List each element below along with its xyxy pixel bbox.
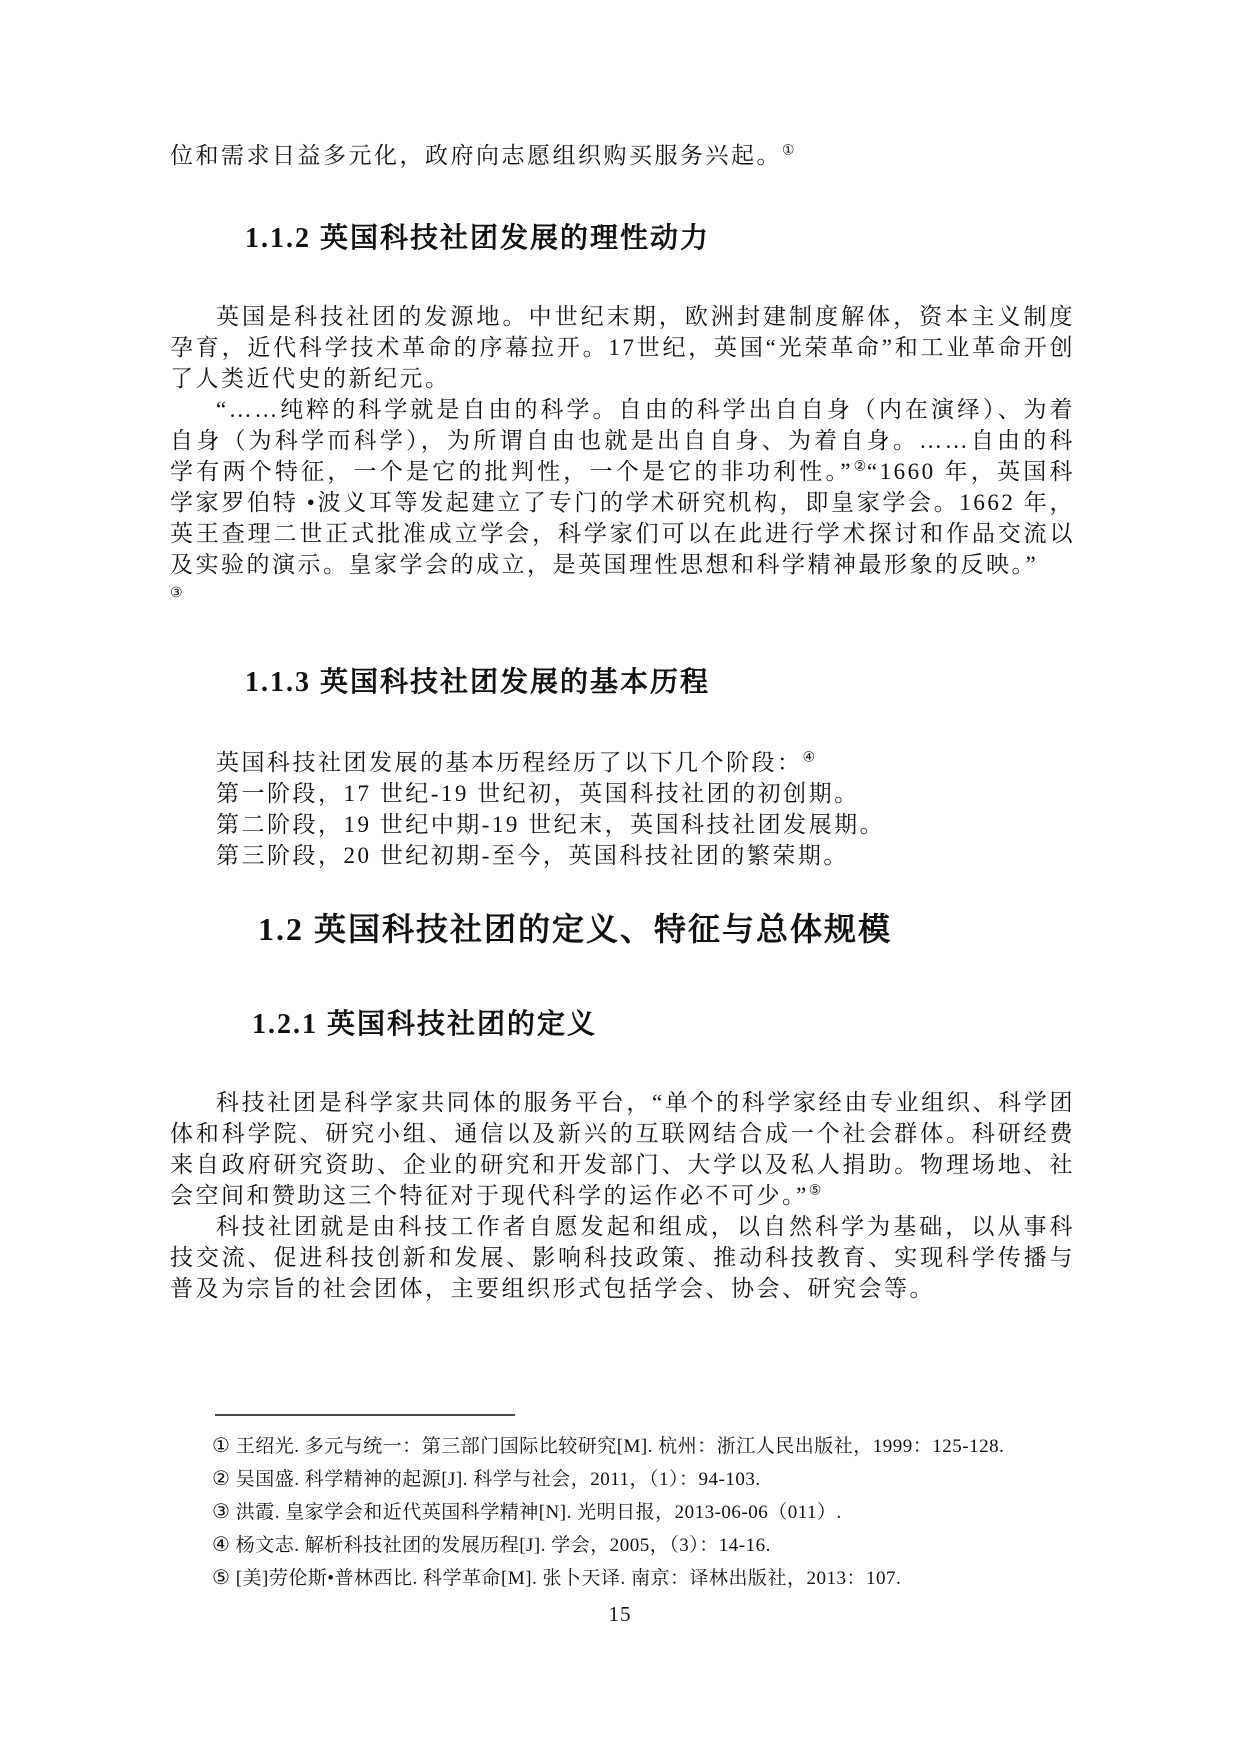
- paragraph-continuation: 位和需求日益多元化，政府向志愿组织购买服务兴起。①: [170, 140, 1075, 171]
- heading-1-1-3: 1.1.3 英国科技社团发展的基本历程: [245, 663, 1075, 703]
- footnote-item: ② 吴国盛. 科学精神的起源[J]. 科学与社会，2011，（1）：94-103…: [170, 1463, 1075, 1496]
- footnote-item: ⑤ [美]劳伦斯•普林西比. 科学革命[M]. 张卜天译. 南京：译林出版社，2…: [170, 1562, 1075, 1595]
- heading-1-2: 1.2 英国科技社团的定义、特征与总体规模: [258, 906, 1075, 952]
- footnote-area: ① 王绍光. 多元与统一：第三部门国际比较研究[M]. 杭州：浙江人民出版社，1…: [170, 1414, 1075, 1595]
- footnote-text: 王绍光. 多元与统一：第三部门国际比较研究[M]. 杭州：浙江人民出版社，199…: [236, 1436, 1005, 1457]
- footnote-ref-1: ①: [782, 143, 795, 158]
- footnote-marker: ③: [212, 1501, 230, 1523]
- footnote-marker: ①: [212, 1435, 230, 1457]
- footnote-marker: ⑤: [212, 1567, 230, 1589]
- heading-1-2-1: 1.2.1 英国科技社团的定义: [252, 1005, 1075, 1045]
- paragraph-origin: 英国是科技社团的发源地。中世纪末期，欧洲封建制度解体，资本主义制度孕育，近代科学…: [170, 301, 1075, 394]
- heading-1-1-2: 1.1.2 英国科技社团发展的理性动力: [245, 219, 1075, 259]
- footnote-ref-5: ⑤: [809, 1183, 822, 1198]
- footnote-separator: [215, 1414, 515, 1416]
- footnote-ref-4: ④: [803, 750, 816, 765]
- paragraph-definition-quote: 科技社团是科学家共同体的服务平台，“单个的科学家经由专业组织、科学团体和科学院、…: [170, 1087, 1075, 1211]
- stage-line-2: 第二阶段，19 世纪中期-19 世纪末，英国科技社团发展期。: [170, 809, 1075, 840]
- paragraph-text: 英国科技社团发展的基本历程经历了以下几个阶段：: [216, 750, 803, 775]
- paragraph-text: 科技社团是科学家共同体的服务平台，“单个的科学家经由专业组织、科学团体和科学院、…: [170, 1090, 1075, 1208]
- footnote-ref-3-line: ③: [170, 580, 1075, 608]
- footnote-ref-2: ②: [853, 459, 867, 474]
- footnote-item: ③ 洪霞. 皇家学会和近代英国科学精神[N]. 光明日报，2013-06-06（…: [170, 1496, 1075, 1529]
- paragraph-definition: 科技社团就是由科技工作者自愿发起和组成，以自然科学为基础，以从事科技交流、促进科…: [170, 1211, 1075, 1304]
- footnote-item: ④ 杨文志. 解析科技社团的发展历程[J]. 学会，2005，（3）：14-16…: [170, 1529, 1075, 1562]
- footnote-item: ① 王绍光. 多元与统一：第三部门国际比较研究[M]. 杭州：浙江人民出版社，1…: [170, 1430, 1075, 1463]
- footnote-marker: ④: [212, 1534, 230, 1556]
- footnote-text: 洪霞. 皇家学会和近代英国科学精神[N]. 光明日报，2013-06-06（01…: [236, 1502, 842, 1523]
- footnote-marker: ②: [212, 1468, 230, 1490]
- paragraph-quote: “……纯粹的科学就是自由的科学。自由的科学出自自身（内在演绎）、为着自身（为科学…: [170, 394, 1075, 580]
- footnote-text: 吴国盛. 科学精神的起源[J]. 科学与社会，2011，（1）：94-103.: [236, 1469, 761, 1490]
- document-page: 位和需求日益多元化，政府向志愿组织购买服务兴起。① 1.1.2 英国科技社团发展…: [0, 0, 1240, 1753]
- footnote-text: 杨文志. 解析科技社团的发展历程[J]. 学会，2005，（3）：14-16.: [236, 1535, 771, 1556]
- paragraph-text: 位和需求日益多元化，政府向志愿组织购买服务兴起。: [170, 143, 782, 168]
- paragraph-stages-intro: 英国科技社团发展的基本历程经历了以下几个阶段：④: [170, 747, 1075, 778]
- stage-line-3: 第三阶段，20 世纪初期-至今，英国科技社团的繁荣期。: [170, 840, 1075, 871]
- footnote-text: [美]劳伦斯•普林西比. 科学革命[M]. 张卜天译. 南京：译林出版社，201…: [236, 1568, 902, 1589]
- page-number: 15: [0, 1602, 1240, 1627]
- stage-line-1: 第一阶段，17 世纪-19 世纪初，英国科技社团的初创期。: [170, 778, 1075, 809]
